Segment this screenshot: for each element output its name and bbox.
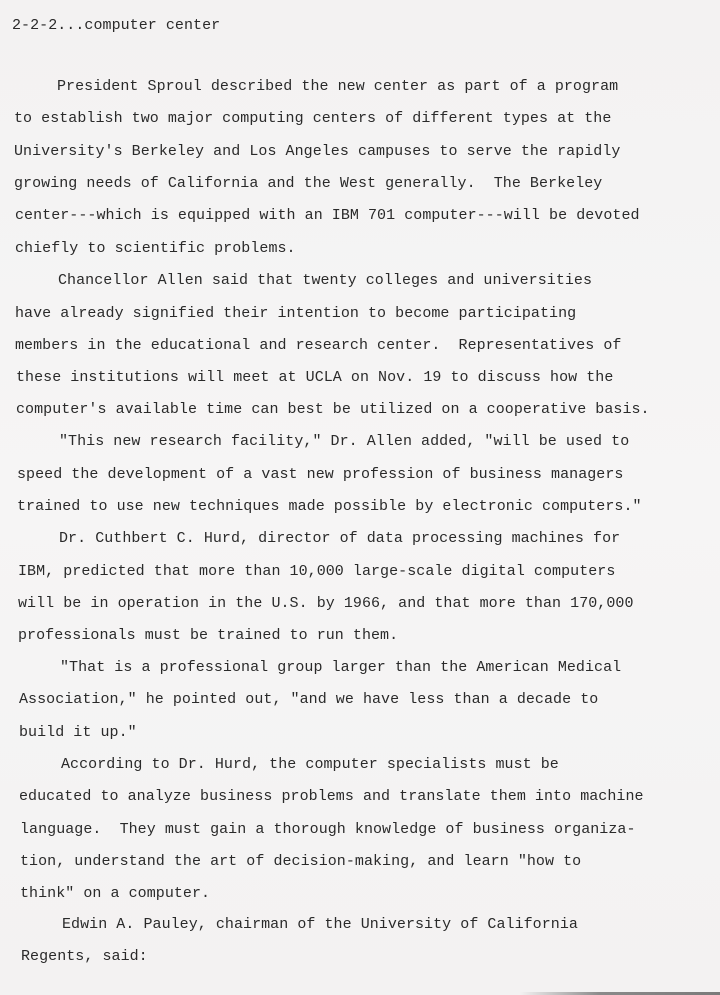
text-line: will be in operation in the U.S. by 1966… <box>18 596 634 611</box>
text-line: to establish two major computing centers… <box>14 111 611 126</box>
text-line: IBM, predicted that more than 10,000 lar… <box>18 564 615 579</box>
text-line: Dr. Cuthbert C. Hurd, director of data p… <box>59 531 620 546</box>
text-line: growing needs of California and the West… <box>14 176 602 191</box>
text-line: have already signified their intention t… <box>15 306 576 321</box>
text-line: trained to use new techniques made possi… <box>17 499 642 514</box>
text-line: Edwin A. Pauley, chairman of the Univers… <box>62 917 578 932</box>
text-line: President Sproul described the new cente… <box>57 79 618 94</box>
text-line: build it up." <box>19 725 137 740</box>
text-line: educated to analyze business problems an… <box>19 789 644 804</box>
text-line: chiefly to scientific problems. <box>15 241 296 256</box>
text-line: Chancellor Allen said that twenty colleg… <box>58 273 592 288</box>
text-line: center---which is equipped with an IBM 7… <box>15 208 640 223</box>
text-line: Regents, said: <box>21 949 148 964</box>
text-line: According to Dr. Hurd, the computer spec… <box>61 757 559 772</box>
text-line: computer's available time can best be ut… <box>16 402 650 417</box>
text-line: Association," he pointed out, "and we ha… <box>19 692 598 707</box>
page-header: 2-2-2...computer center <box>12 18 220 33</box>
text-line: "This new research facility," Dr. Allen … <box>59 434 629 449</box>
text-line: members in the educational and research … <box>15 338 621 353</box>
text-line: speed the development of a vast new prof… <box>17 467 623 482</box>
text-line: University's Berkeley and Los Angeles ca… <box>14 144 620 159</box>
text-line: professionals must be trained to run the… <box>18 628 398 643</box>
text-line: language. They must gain a thorough know… <box>20 822 636 837</box>
text-line: think" on a computer. <box>20 886 210 901</box>
text-line: "That is a professional group larger tha… <box>60 660 621 675</box>
typewritten-page: 2-2-2...computer center President Sproul… <box>0 0 720 995</box>
text-line: tion, understand the art of decision-mak… <box>20 854 581 869</box>
text-line: these institutions will meet at UCLA on … <box>16 370 613 385</box>
